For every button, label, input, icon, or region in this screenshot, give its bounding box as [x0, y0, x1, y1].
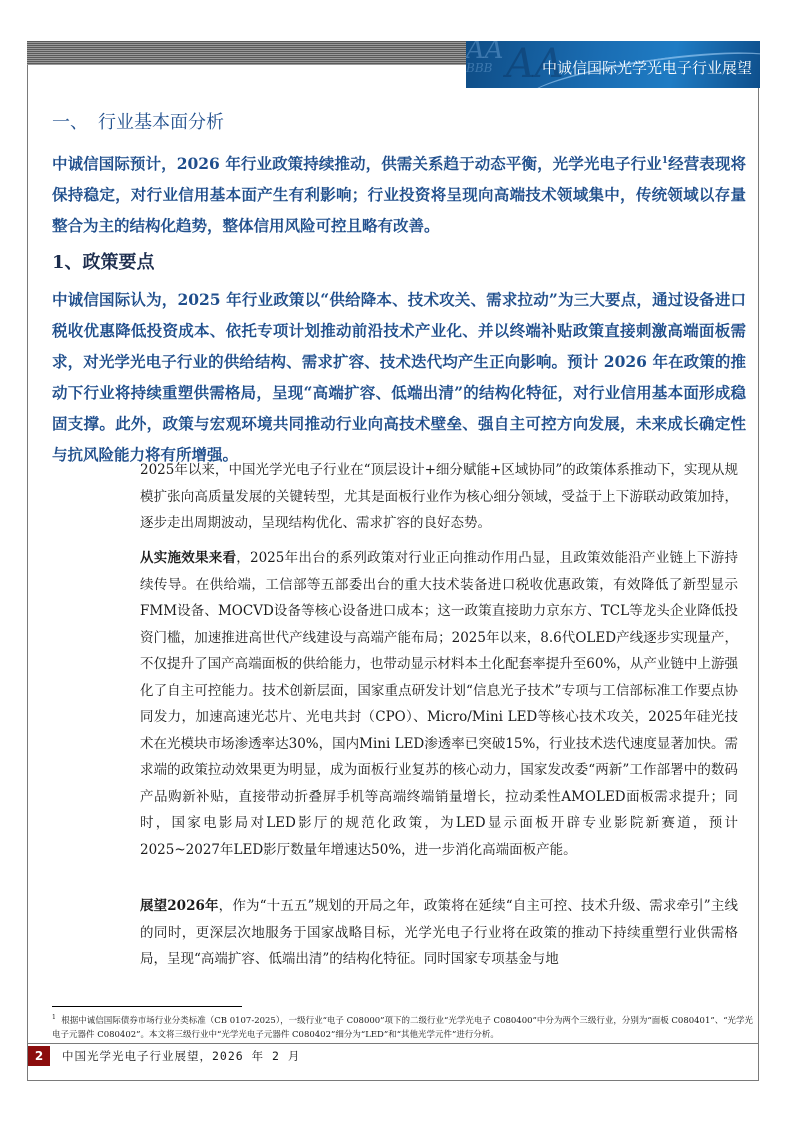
section-number: 一、 — [52, 108, 98, 134]
paragraph-text: ，2025年出台的系列政策对行业正向推动作用凸显，且政策效能沿产业链上下游持续传… — [140, 550, 738, 858]
body-paragraph: 从实施效果来看，2025年出台的系列政策对行业正向推动作用凸显，且政策效能沿产业… — [140, 545, 738, 863]
section-title: 行业基本面分析 — [98, 112, 224, 133]
section-heading: 一、行业基本面分析 — [52, 108, 224, 134]
banner-title: 中诚信国际光学光电子行业展望 — [542, 57, 752, 78]
paragraph-text: ，作为“十五五”规划的开局之年，政策将在延续“自主可控、技术升级、需求牵引”主线… — [140, 898, 738, 967]
body-paragraph: 展望2026年，作为“十五五”规划的开局之年，政策将在延续“自主可控、技术升级、… — [140, 893, 738, 973]
paragraph-bold-lead: 展望2026年 — [140, 898, 219, 914]
footnote-text: 根据中诚信国际债券市场行业分类标准（CB 0107-2025），一级行业“电子 … — [52, 1016, 753, 1040]
page-number-badge: 2 — [28, 1046, 50, 1066]
footnote-separator — [52, 1006, 242, 1007]
banner-letter-decoration: BBB — [466, 61, 492, 75]
lead-text: 中诚信国际预计，2026 年行业政策持续推动，供需关系趋于动态平衡，光学光电子行… — [52, 154, 662, 173]
footer-title: 中国光学光电子行业展望，2026 年 2 月 — [62, 1048, 300, 1064]
paragraph-text: 2025年以来，中国光学光电子行业在“顶层设计+细分赋能+区域协同”的政策体系推… — [140, 462, 738, 531]
paragraph-bold-lead: 从实施效果来看 — [140, 550, 236, 566]
footer-divider — [27, 1043, 759, 1044]
section-lead-paragraph: 中诚信国际预计，2026 年行业政策持续推动，供需关系趋于动态平衡，光学光电子行… — [52, 146, 746, 241]
footnote: 1 根据中诚信国际债券市场行业分类标准（CB 0107-2025），一级行业“电… — [52, 1011, 756, 1042]
footnote-marker: 1 — [52, 1014, 56, 1021]
header-stripe-bar — [27, 41, 467, 65]
subsection-heading: 1、政策要点 — [52, 248, 155, 274]
header-banner: AA BBB AA 中诚信国际光学光电子行业展望 — [466, 41, 760, 88]
subsection-lead-paragraph: 中诚信国际认为，2025 年行业政策以“供给降本、技术攻关、需求拉动”为三大要点… — [52, 284, 746, 470]
body-paragraph: 2025年以来，中国光学光电子行业在“顶层设计+细分赋能+区域协同”的政策体系推… — [140, 457, 738, 537]
